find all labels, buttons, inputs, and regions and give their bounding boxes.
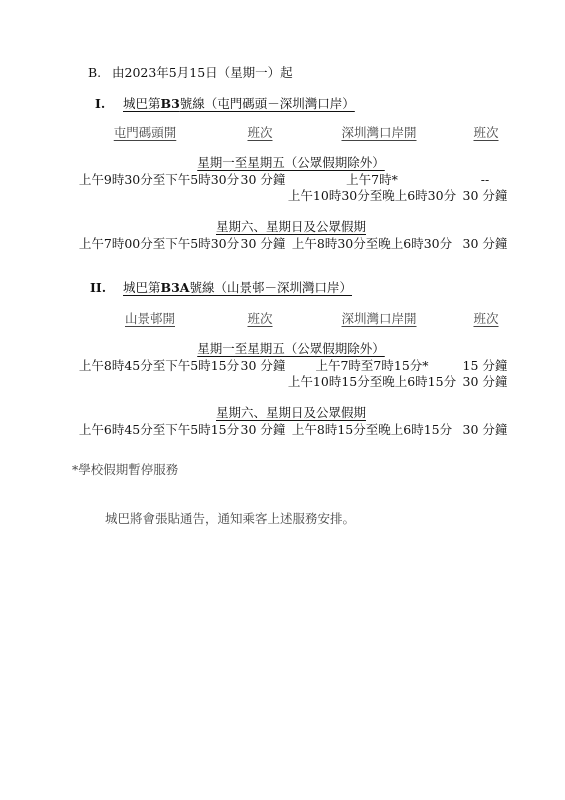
route-1-weekend-r1-dest: 上午8時30分至晚上6時30分 — [292, 237, 452, 251]
route-2-header-freq-2: 班次 — [473, 312, 498, 326]
route-2-weekday-r1-dest: 上午7時至7時15分* — [315, 359, 428, 373]
route-2-weekday-r2-dest: 上午10時15分至晚上6時15分 — [288, 375, 456, 389]
route-1-code: B3 — [161, 96, 180, 111]
route-2-weekday-r1-origin: 上午8時45分至下午5時15分 — [79, 359, 239, 373]
footnote: *學校假期暫停服務 — [72, 463, 178, 477]
route-1-weekday-r1-freq1: 30 分鐘 — [241, 173, 286, 187]
route-2-weekend-r1-origin: 上午6時45分至下午5時15分 — [79, 423, 239, 437]
route-1-weekday-r1-origin: 上午9時30分至下午5時30分 — [79, 173, 239, 187]
route-2-weekend-r1-dest: 上午8時15分至晚上6時15分 — [292, 423, 452, 437]
route-1-weekday-r1-dest: 上午7時* — [346, 173, 398, 187]
route-1-header-freq-1: 班次 — [247, 126, 272, 140]
route-1-weekday-r2-dest: 上午10時30分至晚上6時30分 — [288, 189, 456, 203]
route-1-header-origin: 屯門碼頭開 — [114, 126, 177, 140]
route-2-title: 城巴第B3A號線（山景邨－深圳灣口岸） — [123, 281, 352, 295]
route-2-weekend-r1-freq2: 30 分鐘 — [463, 423, 508, 437]
route-2-title-prefix: 城巴第 — [123, 280, 161, 295]
route-2-header-origin: 山景邨開 — [125, 312, 175, 326]
route-1-weekday-r1-freq2: -- — [481, 173, 489, 187]
route-2-weekday-r1-freq1: 30 分鐘 — [241, 359, 286, 373]
section-title: 由2023年5月15日（星期一）起 — [112, 66, 293, 80]
route-1-weekend-label: 星期六、星期日及公眾假期 — [216, 220, 366, 234]
route-2-weekday-r1-freq2: 15 分鐘 — [463, 359, 508, 373]
route-1-header-destination: 深圳灣口岸開 — [341, 126, 416, 140]
notice: 城巴將會張貼通告，通知乘客上述服務安排。 — [105, 512, 355, 526]
route-2-weekday-label: 星期一至星期五（公眾假期除外） — [197, 342, 385, 356]
route-2-code: B3A — [161, 280, 190, 295]
route-2-number: II. — [90, 281, 106, 295]
route-2-weekday-r2-freq2: 30 分鐘 — [463, 375, 508, 389]
route-1-header-freq-2: 班次 — [473, 126, 498, 140]
route-2-header-destination: 深圳灣口岸開 — [341, 312, 416, 326]
route-2-title-suffix: 號線（山景邨－深圳灣口岸） — [189, 280, 352, 295]
section-label: B. — [88, 66, 101, 80]
route-1-title: 城巴第B3號線（屯門碼頭－深圳灣口岸） — [123, 97, 355, 111]
route-1-title-prefix: 城巴第 — [123, 96, 161, 111]
route-1-weekend-r1-origin: 上午7時00分至下午5時30分 — [79, 237, 239, 251]
route-1-weekend-r1-freq1: 30 分鐘 — [241, 237, 286, 251]
route-1-title-suffix: 號線（屯門碼頭－深圳灣口岸） — [180, 96, 355, 111]
route-1-weekday-r2-freq2: 30 分鐘 — [463, 189, 508, 203]
route-2-weekend-r1-freq1: 30 分鐘 — [241, 423, 286, 437]
route-2-header-freq-1: 班次 — [247, 312, 272, 326]
route-2-weekend-label: 星期六、星期日及公眾假期 — [216, 406, 366, 420]
route-1-number: I. — [95, 97, 105, 111]
route-1-weekend-r1-freq2: 30 分鐘 — [463, 237, 508, 251]
route-1-weekday-label: 星期一至星期五（公眾假期除外） — [197, 156, 385, 170]
